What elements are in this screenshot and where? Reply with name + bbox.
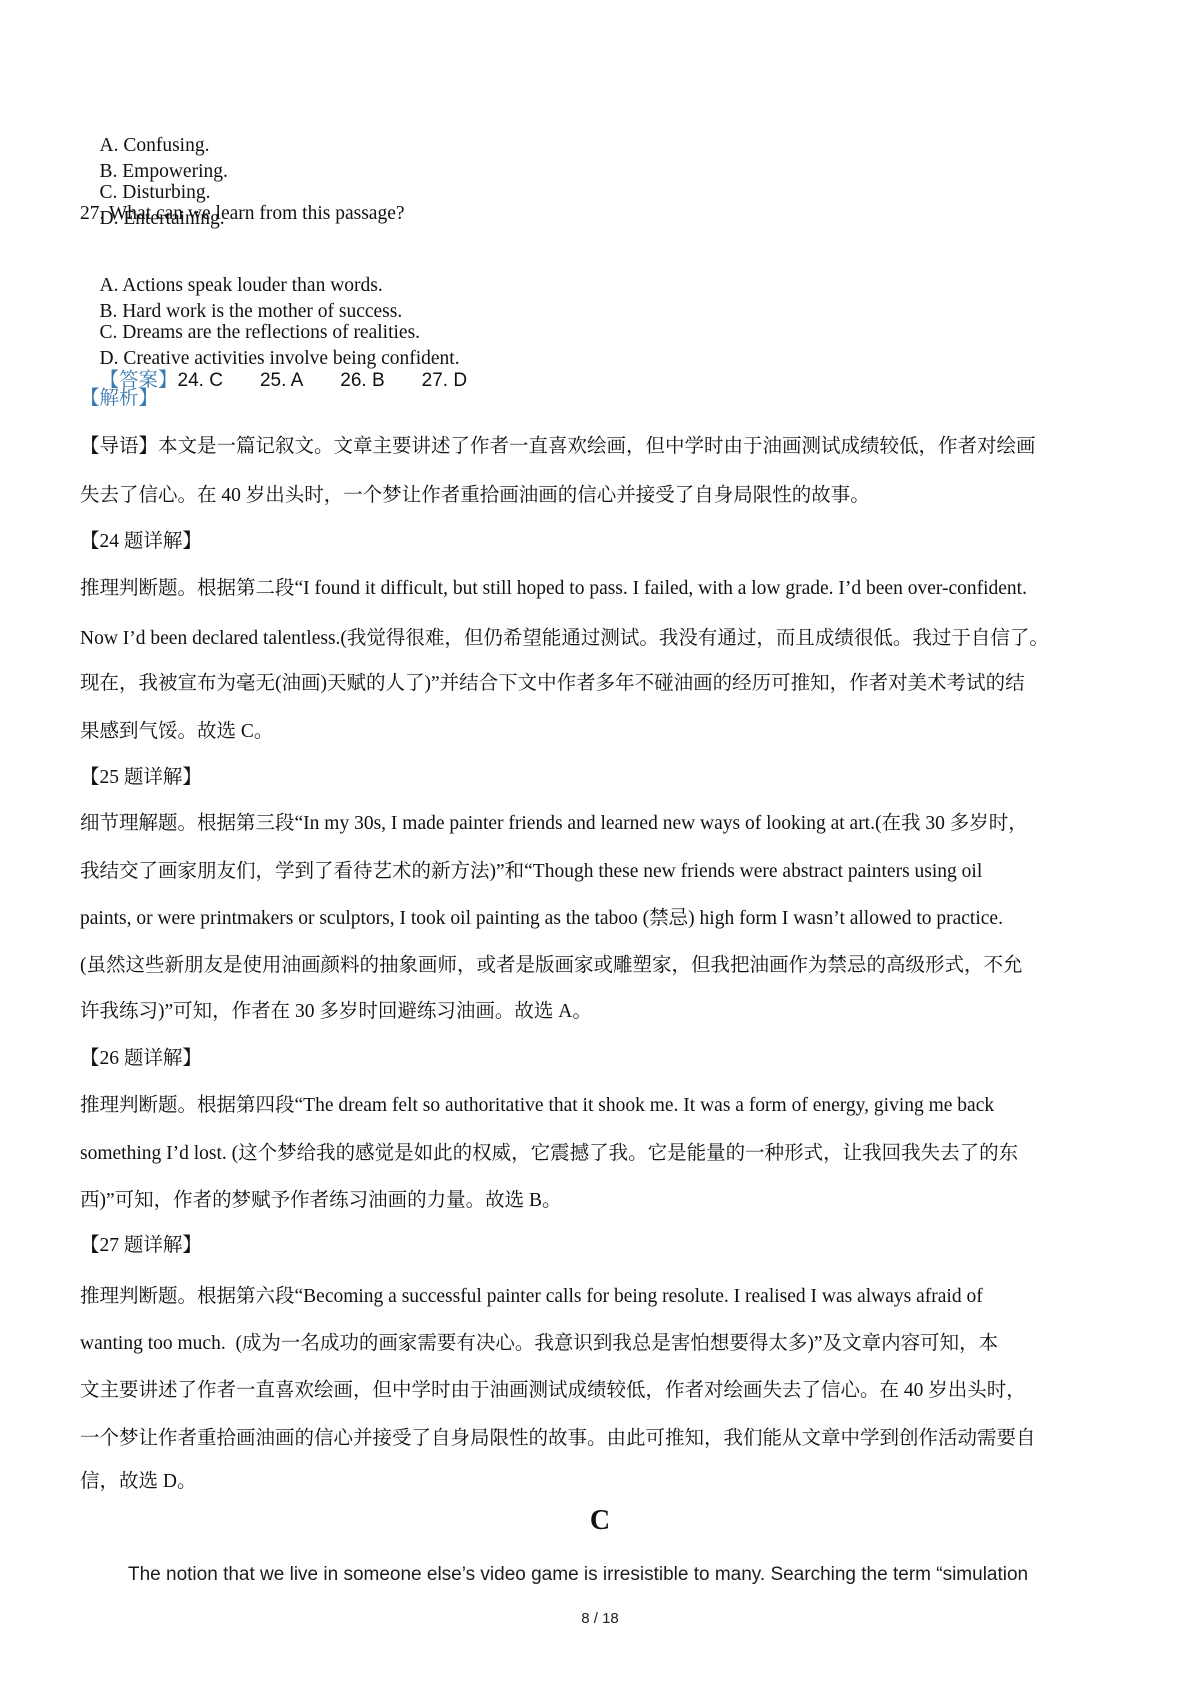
analysis-label: 【解析】 [80,386,158,411]
detail-25-line-5: 许我练习)”可知，作者在 30 多岁时回避练习油画。故选 A。 [80,999,592,1024]
detail-25-line-2: 我结交了画家朋友们，学到了看待艺术的新方法)”和“Though these ne… [80,859,982,884]
detail-26-line-2: something I’d lost. (这个梦给我的感觉是如此的权威，它震撼了… [80,1141,1018,1166]
detail-27-line-3: 文主要讲述了作者一直喜欢绘画，但中学时由于油画测试成绩较低，作者对绘画失去了信心… [80,1378,1026,1403]
section-c-heading: C [0,1506,1200,1537]
detail-24-line-2: Now I’d been declared talentless.(我觉得很难，… [80,626,1049,651]
intro-line-1: 【导语】本文是一篇记叙文。文章主要讲述了作者一直喜欢绘画，但中学时由于油画测试成… [80,434,1036,459]
intro-line-2: 失去了信心。在 40 岁出头时，一个梦让作者重拾画油画的信心并接受了自身局限性的… [80,483,870,508]
option-c: C. Dreams are the reflections of realiti… [100,320,585,345]
detail-27-line-1: 推理判断题。根据第六段“Becoming a successful painte… [80,1284,983,1309]
page-number: 8 / 18 [0,1610,1200,1627]
detail-25-line-1: 细节理解题。根据第三段“In my 30s, I made painter fr… [80,811,1028,836]
answer-25: 25. A [260,370,303,391]
answer-24: 24. C [178,370,223,391]
detail-25-header: 【25 题详解】 [80,765,202,790]
passage-c-first-line: The notion that we live in someone else’… [128,1563,1028,1588]
detail-27-line-2: wanting too much. (成为一名成功的画家需要有决心。我意识到我总… [80,1331,998,1356]
detail-25-line-4: (虽然这些新朋友是使用油画颜料的抽象画师，或者是版画家或雕塑家，但我把油画作为禁… [80,953,1023,978]
document-page: A. Confusing. B. Empowering. C. Disturbi… [0,0,1200,1697]
detail-27-line-4: 一个梦让作者重拾画油画的信心并接受了自身局限性的故事。由此可推知，我们能从文章中… [80,1426,1036,1451]
question-27-stem: 27. What can we learn from this passage? [80,201,405,226]
detail-24-header: 【24 题详解】 [80,529,202,554]
detail-26-line-1: 推理判断题。根据第四段“The dream felt so authoritat… [80,1093,994,1118]
detail-26-header: 【26 题详解】 [80,1046,202,1071]
detail-24-line-4: 果感到气馁。故选 C。 [80,719,273,744]
detail-27-header: 【27 题详解】 [80,1233,202,1258]
detail-25-line-3: paints, or were printmakers or sculptors… [80,906,1003,931]
detail-27-line-5: 信，故选 D。 [80,1469,196,1494]
answer-26: 26. B [340,370,384,391]
detail-24-line-3: 现在，我被宣布为毫无(油画)天赋的人了)”并结合下文中作者多年不碰油画的经历可推… [80,671,1025,696]
detail-26-line-3: 西)”可知，作者的梦赋予作者练习油画的力量。故选 B。 [80,1188,562,1213]
detail-24-line-1: 推理判断题。根据第二段“I found it difficult, but st… [80,576,1027,601]
answer-27: 27. D [422,370,467,391]
